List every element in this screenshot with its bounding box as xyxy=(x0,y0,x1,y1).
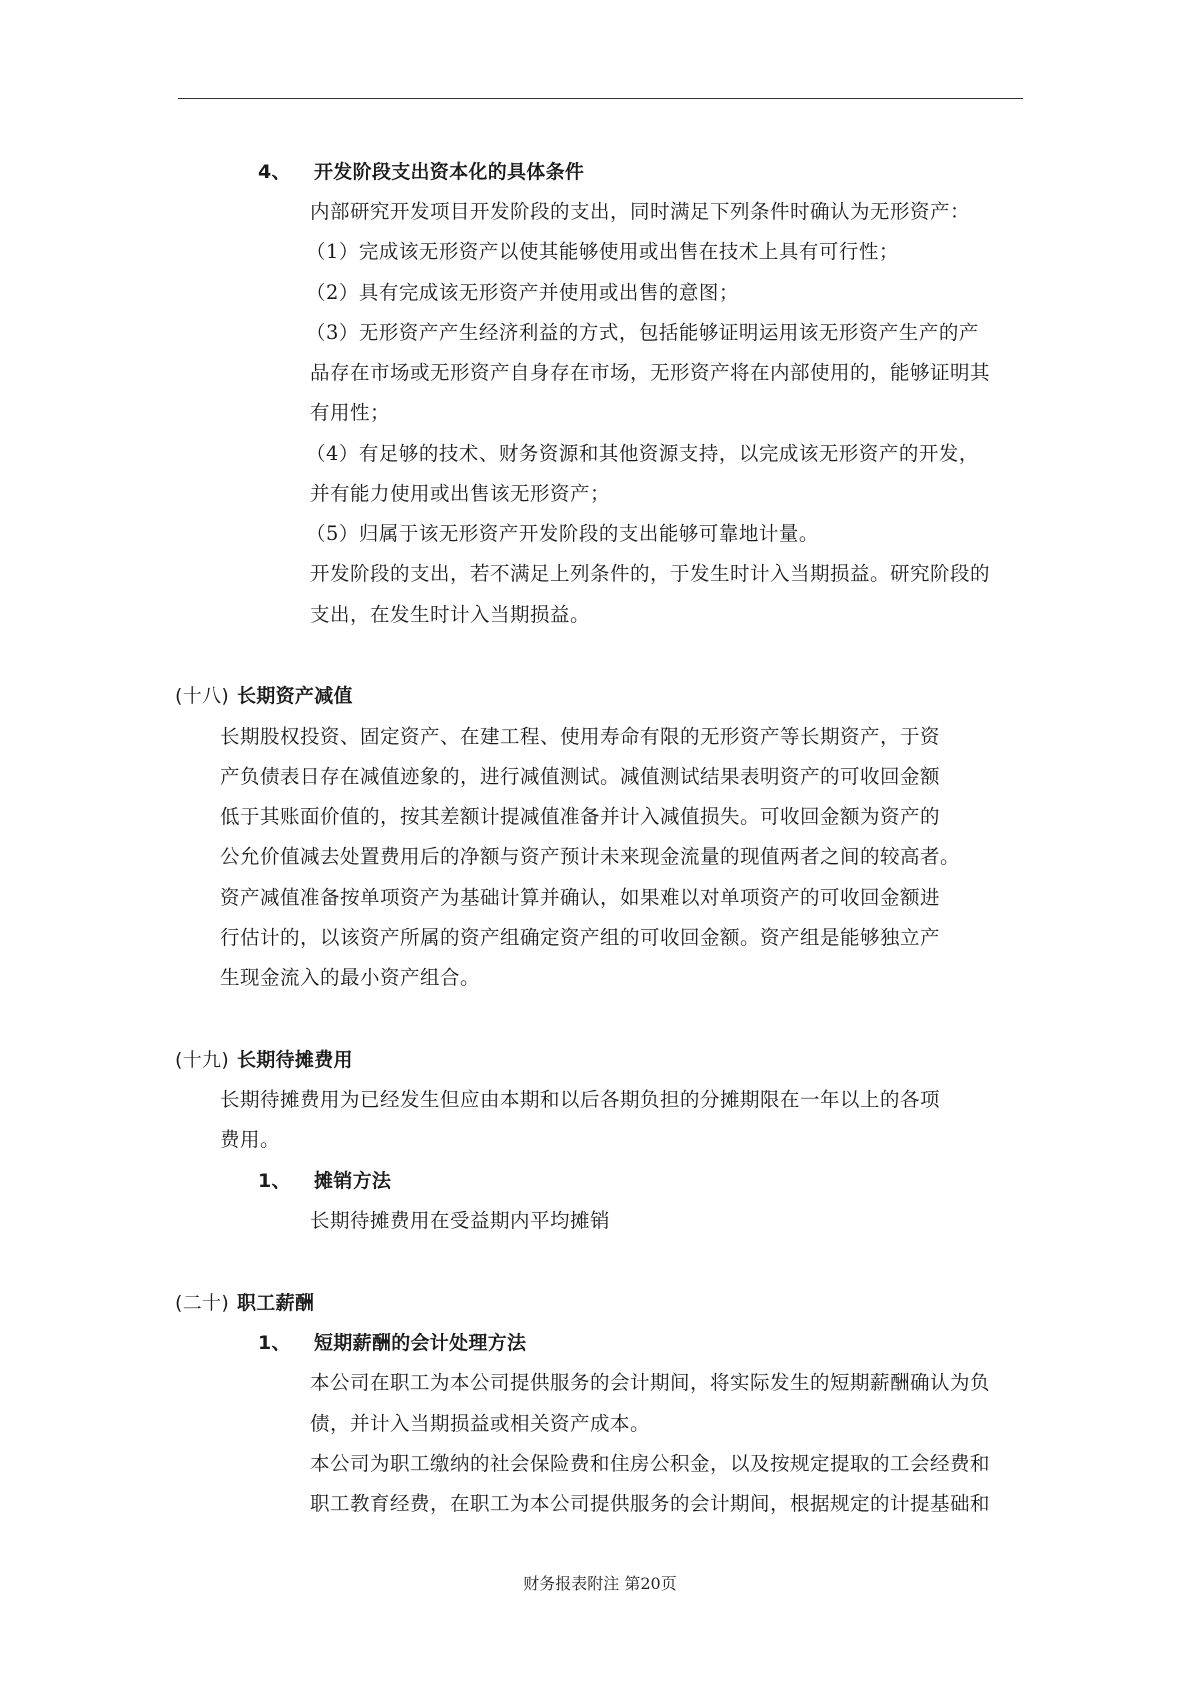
header-rule xyxy=(178,98,1023,99)
paragraph-line: 长期股权投资、固定资产、在建工程、使用寿命有限的无形资产等长期资产，于资 xyxy=(220,725,940,749)
paragraph-line: 本公司在职工为本公司提供服务的会计期间，将实际发生的短期薪酬确认为负 xyxy=(310,1371,990,1395)
paragraph-line: 开发阶段的支出，若不满足上列条件的，于发生时计入当期损益。研究阶段的 xyxy=(310,562,990,586)
section-18-heading: (十八)长期资产减值 xyxy=(175,684,353,708)
section-number: (十九) xyxy=(175,1048,237,1072)
section-title: 职工薪酬 xyxy=(237,1292,314,1314)
section-title: 开发阶段支出资本化的具体条件 xyxy=(314,161,584,183)
paragraph-line: 支出，在发生时计入当期损益。 xyxy=(310,603,590,627)
section-title: 长期待摊费用 xyxy=(237,1049,353,1071)
paragraph-line: 低于其账面价值的，按其差额计提减值准备并计入减值损失。可收回金额为资产的 xyxy=(220,805,940,829)
paragraph-line: 产负债表日存在减值迹象的，进行减值测试。减值测试结果表明资产的可收回金额 xyxy=(220,765,940,789)
subsection-title: 短期薪酬的会计处理方法 xyxy=(314,1332,526,1354)
section-title: 长期资产减值 xyxy=(237,685,353,707)
paragraph-line: 长期待摊费用为已经发生但应由本期和以后各期负担的分摊期限在一年以上的各项 xyxy=(220,1088,940,1112)
paragraph-line: 长期待摊费用在受益期内平均摊销 xyxy=(310,1209,610,1233)
section-number: (十八) xyxy=(175,684,237,708)
list-item: 有用性； xyxy=(310,401,390,425)
section-4-heading: 4、开发阶段支出资本化的具体条件 xyxy=(258,160,584,184)
paragraph-line: 费用。 xyxy=(220,1128,280,1152)
list-item: （4）有足够的技术、财务资源和其他资源支持，以完成该无形资产的开发， xyxy=(306,442,979,466)
subsection-number: 1、 xyxy=(258,1169,314,1193)
section-20-heading: (二十)职工薪酬 xyxy=(175,1291,314,1315)
paragraph-line: 行估计的，以该资产所属的资产组确定资产组的可收回金额。资产组是能够独立产 xyxy=(220,926,940,950)
subsection-heading: 1、摊销方法 xyxy=(258,1169,391,1193)
list-item: （2）具有完成该无形资产并使用或出售的意图； xyxy=(306,281,739,305)
list-item: （1）完成该无形资产以使其能够使用或出售在技术上具有可行性； xyxy=(306,240,899,264)
paragraph-line: 内部研究开发项目开发阶段的支出，同时满足下列条件时确认为无形资产： xyxy=(310,200,970,224)
paragraph-line: 债，并计入当期损益或相关资产成本。 xyxy=(310,1412,650,1436)
section-number: (二十) xyxy=(175,1291,237,1315)
list-item: （5）归属于该无形资产开发阶段的支出能够可靠地计量。 xyxy=(306,522,819,546)
subsection-title: 摊销方法 xyxy=(314,1170,391,1192)
section-number: 4、 xyxy=(258,160,314,184)
list-item: 品存在市场或无形资产自身存在市场，无形资产将在内部使用的，能够证明其 xyxy=(310,361,990,385)
paragraph-line: 资产减值准备按单项资产为基础计算并确认，如果难以对单项资产的可收回金额进 xyxy=(220,886,940,910)
page-footer: 财务报表附注 第20页 xyxy=(0,1571,1200,1594)
section-19-heading: (十九)长期待摊费用 xyxy=(175,1048,353,1072)
subsection-number: 1、 xyxy=(258,1331,314,1355)
paragraph-line: 本公司为职工缴纳的社会保险费和住房公积金，以及按规定提取的工会经费和 xyxy=(310,1452,990,1476)
list-item: 并有能力使用或出售该无形资产； xyxy=(310,482,610,506)
paragraph-line: 职工教育经费，在职工为本公司提供服务的会计期间，根据规定的计提基础和 xyxy=(310,1492,990,1516)
list-item: （3）无形资产产生经济利益的方式，包括能够证明运用该无形资产生产的产 xyxy=(306,321,979,345)
paragraph-line: 生现金流入的最小资产组合。 xyxy=(220,966,480,990)
paragraph-line: 公允价值减去处置费用后的净额与资产预计未来现金流量的现值两者之间的较高者。 xyxy=(220,845,960,869)
subsection-heading: 1、短期薪酬的会计处理方法 xyxy=(258,1331,526,1355)
